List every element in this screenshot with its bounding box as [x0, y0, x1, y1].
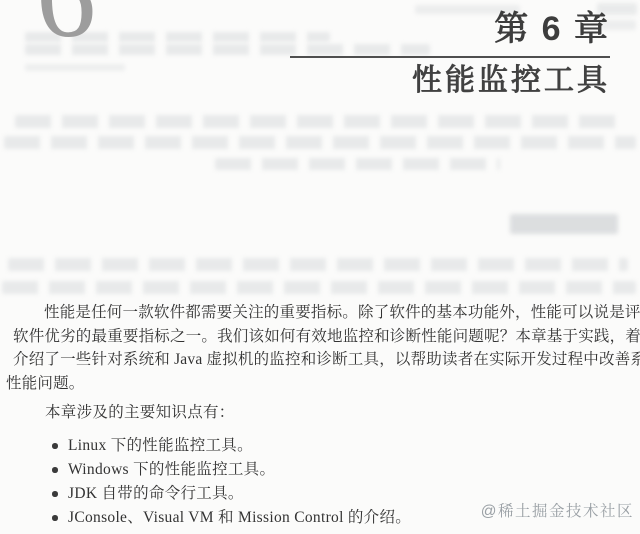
list-item: JDK 自带的命令行工具。 — [52, 486, 411, 502]
heading-rule — [290, 56, 610, 58]
watermark-label: @稀土掘金技术社区 — [481, 503, 634, 521]
list-item-label: JDK 自带的命令行工具。 — [68, 485, 244, 502]
intro-paragraph: 性能是任何一款软件都需要关注的重要指标。除了软件的基本功能外，性能可以说是评价 … — [13, 301, 633, 395]
ghost-text-line — [8, 258, 628, 271]
scanned-book-page: 6 第 6 章 性能监控工具 性能是任何一款软件都需要关注的重要指标。除了软件的… — [0, 0, 640, 534]
chapter-number-watermark: 6 — [36, 0, 96, 56]
ghost-text-line — [25, 64, 125, 71]
chapter-label: 第 6 章 — [494, 9, 610, 49]
bullet-icon — [52, 443, 58, 449]
key-points-intro: 本章涉及的主要知识点有： — [45, 404, 235, 421]
ghost-text-line — [215, 158, 500, 170]
list-item: Linux 下的性能监控工具。 — [52, 438, 411, 454]
list-item: Windows 下的性能监控工具。 — [52, 462, 411, 478]
bullet-icon — [52, 467, 58, 473]
paragraph-line: 软件优劣的最重要指标之一。我们该如何有效地监控和诊断性能问题呢？本章基于实践，着… — [13, 325, 633, 349]
paragraph-line: 介绍了一些针对系统和 Java 虚拟机的监控和诊断工具，以帮助读者在实际开发过程… — [13, 348, 633, 372]
list-item: JConsole、Visual VM 和 Mission Control 的介绍… — [52, 510, 411, 526]
ghost-text-line — [15, 115, 623, 128]
ghost-text-line — [2, 281, 636, 294]
list-item-label: Windows 下的性能监控工具。 — [68, 461, 275, 478]
ghost-heading-fragment — [510, 214, 618, 234]
chapter-title: 性能监控工具 — [412, 63, 610, 99]
key-points-list: Linux 下的性能监控工具。 Windows 下的性能监控工具。 JDK 自带… — [52, 438, 411, 534]
bullet-icon — [52, 515, 58, 521]
list-item-label: Linux 下的性能监控工具。 — [68, 437, 253, 454]
bullet-icon — [52, 491, 58, 497]
paragraph-line: 性能问题。 — [6, 372, 633, 396]
paragraph-line: 性能是任何一款软件都需要关注的重要指标。除了软件的基本功能外，性能可以说是评价 — [13, 301, 633, 325]
ghost-text-line — [4, 136, 636, 149]
list-item-label: JConsole、Visual VM 和 Mission Control 的介绍… — [68, 509, 411, 526]
